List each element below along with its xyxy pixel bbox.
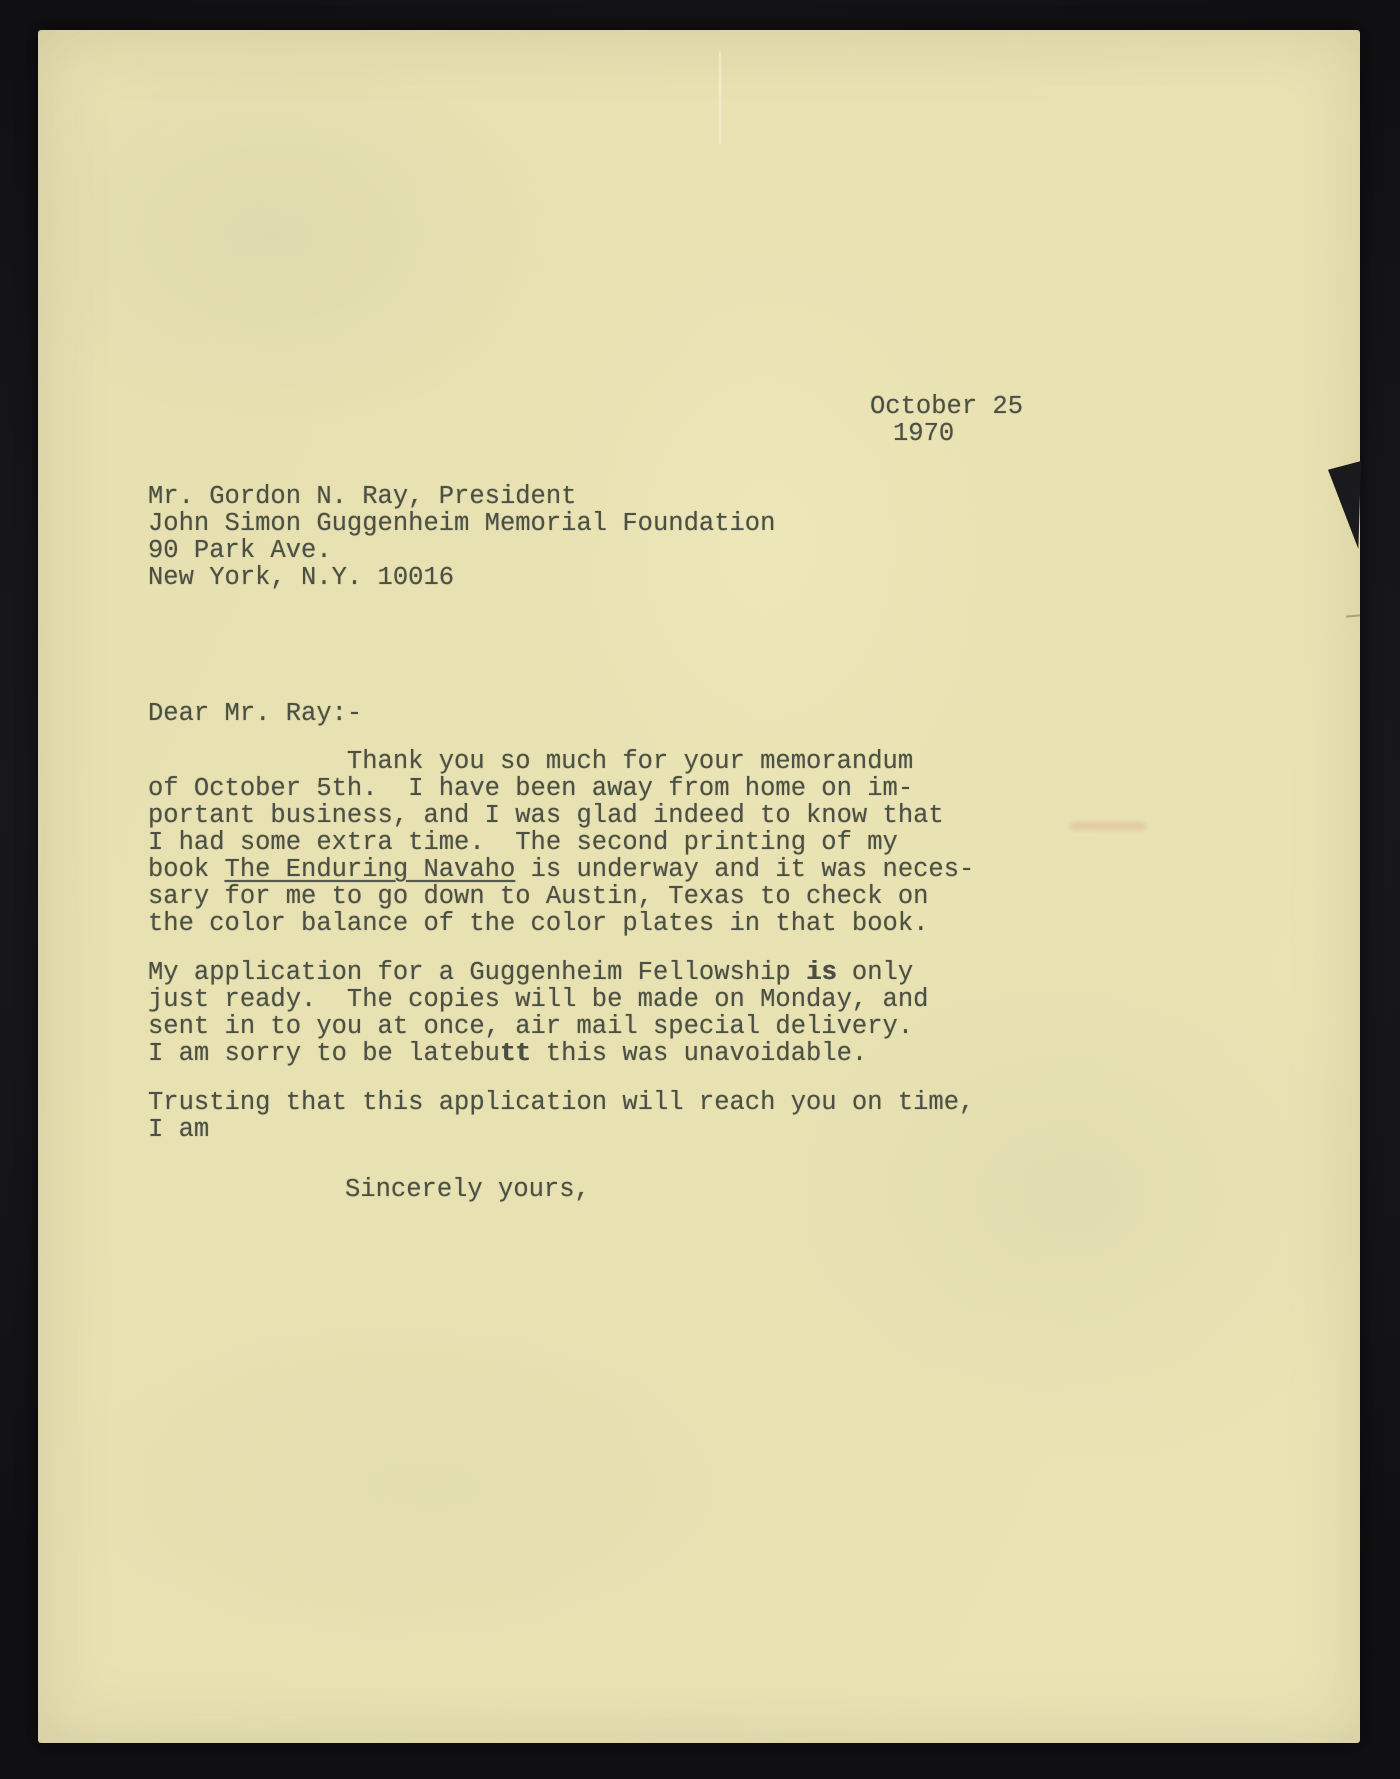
text-segment: Trusting that this application will reac… xyxy=(148,1088,974,1117)
paragraph: Trusting that this application will reac… xyxy=(148,1089,974,1143)
text-segment: the color balance of the color plates in… xyxy=(148,909,928,938)
typewritten-line: the color balance of the color plates in… xyxy=(148,910,974,937)
scratch-mark xyxy=(719,52,721,144)
typewritten-line: sent in to you at once, air mail special… xyxy=(148,1013,974,1040)
address-line: John Simon Guggenheim Memorial Foundatio… xyxy=(148,510,775,537)
text-segment: is underway and it was neces- xyxy=(515,855,974,884)
text-segment: Thank you so much for your memorandum xyxy=(148,747,913,776)
text-segment: just ready. The copies will be made on M… xyxy=(148,985,928,1014)
salutation: Dear Mr. Ray:- xyxy=(148,700,362,727)
underlined-book-title: The Enduring Navaho xyxy=(225,855,516,884)
closing: Sincerely yours, xyxy=(345,1176,590,1203)
torn-edge-notch xyxy=(1328,461,1361,549)
typewritten-line: My application for a Guggenheim Fellowsh… xyxy=(148,959,974,986)
address-line: 90 Park Ave. xyxy=(148,537,775,564)
smudge-mark xyxy=(1070,822,1146,830)
address-line: New York, N.Y. 10016 xyxy=(148,564,775,591)
scan-background: October 25 1970 Mr. Gordon N. Ray, Presi… xyxy=(0,0,1400,1779)
address-line: Mr. Gordon N. Ray, President xyxy=(148,483,775,510)
text-segment: I am xyxy=(148,1115,209,1144)
typewritten-line: Trusting that this application will reac… xyxy=(148,1089,974,1116)
date-line-2: 1970 xyxy=(870,420,1023,447)
typewritten-line: sary for me to go down to Austin, Texas … xyxy=(148,883,974,910)
date-block: October 25 1970 xyxy=(870,393,1023,447)
text-segment: My application for a Guggenheim Fellowsh… xyxy=(148,958,806,987)
typewritten-line: book The Enduring Navaho is underway and… xyxy=(148,856,974,883)
overstruck-text: tt xyxy=(500,1039,531,1068)
text-segment: only xyxy=(837,958,914,987)
text-segment: book xyxy=(148,855,225,884)
text-segment: portant business, and I was glad indeed … xyxy=(148,801,944,830)
date-line-1: October 25 xyxy=(870,393,1023,420)
text-segment: sent in to you at once, air mail special… xyxy=(148,1012,913,1041)
letter-page: October 25 1970 Mr. Gordon N. Ray, Presi… xyxy=(38,30,1360,1743)
typewritten-line: just ready. The copies will be made on M… xyxy=(148,986,974,1013)
typewritten-line: I am xyxy=(148,1116,974,1143)
paragraph: My application for a Guggenheim Fellowsh… xyxy=(148,959,974,1067)
text-segment: sary for me to go down to Austin, Texas … xyxy=(148,882,928,911)
typewritten-line: of October 5th. I have been away from ho… xyxy=(148,775,974,802)
typewritten-line: Thank you so much for your memorandum xyxy=(148,748,974,775)
edge-crack-mark xyxy=(1346,614,1360,617)
paragraph: Thank you so much for your memorandumof … xyxy=(148,748,974,937)
typewritten-line: portant business, and I was glad indeed … xyxy=(148,802,974,829)
typewritten-line: I am sorry to be latebutt this was unavo… xyxy=(148,1040,974,1067)
text-segment: I am sorry to be latebu xyxy=(148,1039,500,1068)
text-segment: I had some extra time. The second printi… xyxy=(148,828,898,857)
recipient-address-block: Mr. Gordon N. Ray, PresidentJohn Simon G… xyxy=(148,483,775,591)
letter-body: Thank you so much for your memorandumof … xyxy=(148,748,974,1143)
typewritten-line: I had some extra time. The second printi… xyxy=(148,829,974,856)
text-segment: of October 5th. I have been away from ho… xyxy=(148,774,913,803)
text-segment: this was unavoidable. xyxy=(531,1039,868,1068)
overstruck-text: is xyxy=(806,958,837,987)
